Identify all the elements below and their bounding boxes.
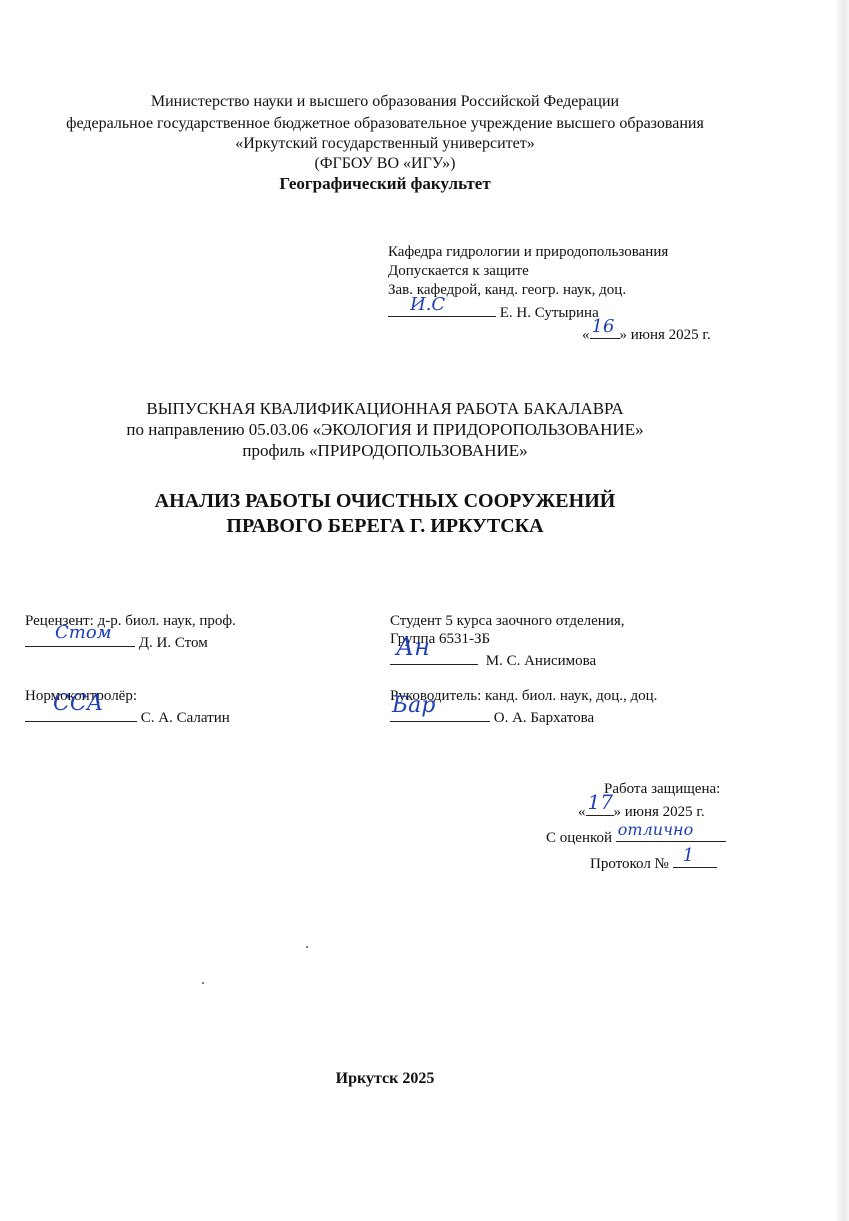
scan-edge — [835, 0, 849, 1221]
approval-day-blank: 16 — [590, 322, 620, 339]
grade-value: отлично — [618, 821, 693, 839]
work-direction: по направлению 05.03.06 «ЭКОЛОГИЯ И ПРИД… — [0, 420, 770, 440]
work-title-line2: ПРАВОГО БЕРЕГА Г. ИРКУТСКА — [0, 514, 770, 538]
head-signature: И.С — [410, 296, 445, 314]
signature-blank: И.С — [388, 300, 496, 317]
head-signature-line: И.С Е. Н. Сутырина — [388, 300, 599, 322]
student-signature-line: Ан М. С. Анисимова — [390, 648, 596, 670]
grade-label: С оценкой — [546, 830, 612, 846]
defense-day: 17 — [588, 793, 613, 811]
protocol-label: Протокол № — [590, 856, 669, 872]
ministry-line: Министерство науки и высшего образования… — [0, 92, 770, 112]
reviewer-signature: Стом — [55, 624, 112, 642]
protocol-number: 1 — [683, 847, 694, 865]
supervisor-name: О. А. Бархатова — [494, 710, 594, 726]
signature-blank: Ан — [390, 648, 478, 665]
faculty-line: Географический факультет — [0, 174, 770, 194]
student-signature: Ан — [396, 638, 430, 656]
student-name: М. С. Анисимова — [486, 653, 596, 669]
defense-day-blank: 17 — [586, 799, 614, 816]
institution-type-line: федеральное государственное бюджетное об… — [0, 114, 770, 134]
student-title: Студент 5 курса заочного отделения, — [390, 612, 625, 630]
reviewer-name: Д. И. Стом — [139, 635, 208, 651]
supervisor-signature-line: Бар О. А. Бархатова — [390, 705, 594, 727]
protocol-blank: 1 — [673, 851, 717, 868]
work-type: ВЫПУСКНАЯ КВАЛИФИКАЦИОННАЯ РАБОТА БАКАЛА… — [0, 399, 770, 419]
approval-date: «16» июня 2025 г. — [582, 322, 711, 344]
head-name: Е. Н. Сутырина — [500, 305, 599, 321]
normcontrol-signature: ССА — [53, 695, 103, 713]
normcontrol-name: С. А. Салатин — [141, 710, 230, 726]
signature-blank: Стом — [25, 630, 135, 647]
grade-blank: отлично — [616, 825, 726, 842]
defense-date: «17» июня 2025 г. — [578, 799, 705, 821]
work-title-line1: АНАЛИЗ РАБОТЫ ОЧИСТНЫХ СООРУЖЕНИЙ — [0, 489, 770, 513]
supervisor-signature: Бар — [392, 697, 435, 715]
city-year: Иркутск 2025 — [0, 1069, 770, 1089]
work-profile: профиль «ПРИРОДОПОЛЬЗОВАНИЕ» — [0, 441, 770, 461]
approval-day: 16 — [592, 318, 615, 336]
defense-status: Работа защищена: — [604, 780, 720, 798]
signature-blank: ССА — [25, 705, 137, 722]
signature-blank: Бар — [390, 705, 490, 722]
abbreviation-line: (ФГБОУ ВО «ИГУ») — [0, 154, 770, 174]
reviewer-signature-line: Стом Д. И. Стом — [25, 630, 208, 652]
scan-speck — [202, 982, 204, 984]
department-line: Кафедра гидрологии и природопользования — [388, 243, 668, 261]
protocol-line: Протокол № 1 — [590, 851, 717, 873]
grade-line: С оценкой отлично — [546, 825, 726, 847]
admitted-line: Допускается к защите — [388, 262, 529, 280]
scan-speck — [306, 946, 308, 948]
normcontrol-signature-line: ССА С. А. Салатин — [25, 705, 230, 727]
university-line: «Иркутский государственный университет» — [0, 134, 770, 154]
